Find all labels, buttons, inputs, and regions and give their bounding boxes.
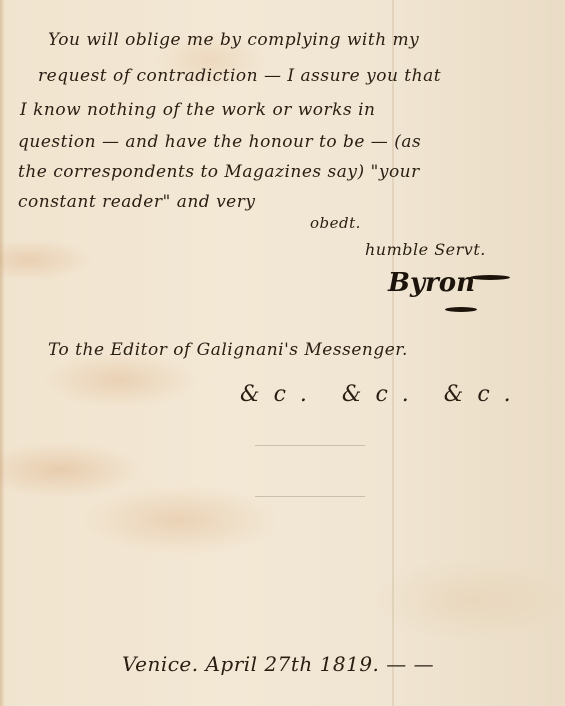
- letter-page: You will oblige me by complying with my …: [0, 0, 565, 706]
- signature-flourish: [470, 275, 510, 280]
- body-line-5: the correspondents to Magazines say) "yo…: [18, 162, 420, 182]
- address-etc: &c. &c. &c.: [240, 382, 525, 407]
- body-line-3: I know nothing of the work or works in: [20, 100, 375, 120]
- dateline: Venice. April 27th 1819. — —: [122, 652, 434, 676]
- closing-humble-servant: humble Servt.: [365, 240, 486, 259]
- body-line-2: request of contradiction — I assure you …: [38, 66, 441, 86]
- body-line-4: question — and have the honour to be — (…: [18, 132, 421, 152]
- body-line-6: constant reader" and very: [18, 192, 255, 212]
- body-line-1: You will oblige me by complying with my: [48, 30, 419, 50]
- signature-underline: [445, 307, 477, 312]
- closing-obedient: obedt.: [310, 214, 361, 232]
- paper-edge: [0, 0, 5, 706]
- address-line: To the Editor of Galignani's Messenger.: [48, 340, 408, 360]
- ghost-bleedthrough: [255, 445, 365, 497]
- signature: Byron: [388, 268, 475, 298]
